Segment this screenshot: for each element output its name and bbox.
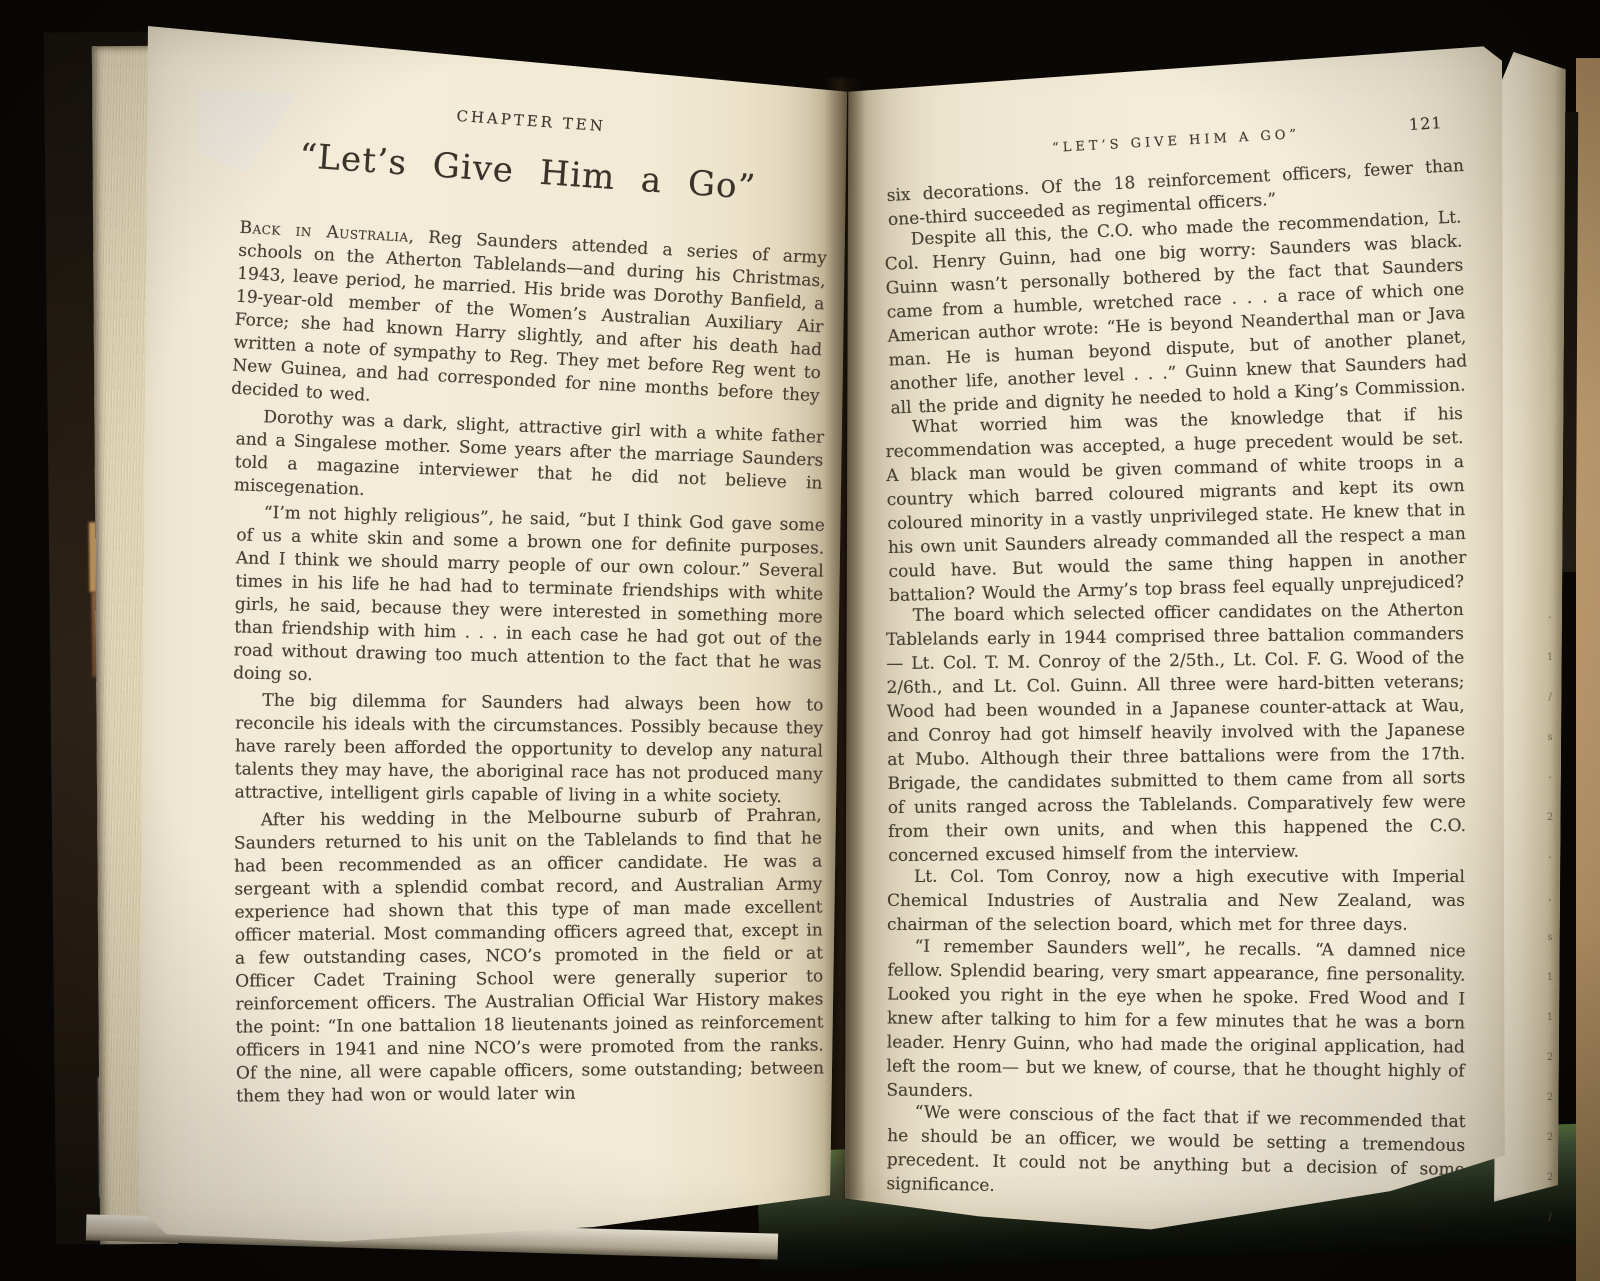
running-header: “LET’S GIVE HIM A GO” [1052,127,1301,156]
paragraph: The board which selected officer candida… [886,598,1467,868]
paragraph: Despite all this, the C.O. who made the … [883,205,1468,420]
paragraph: “I remember Saunders well”, he recalls. … [886,934,1465,1107]
left-page-text: CHAPTER TEN “Let’s Give Him a Go” Back i… [235,112,823,1106]
page-number: 121 [1408,113,1443,134]
paragraph: Lt. Col. Tom Conroy, now a high executiv… [887,865,1465,937]
paragraph: “I’m not highly religious”, he said, “bu… [233,501,825,698]
paragraph: After his wedding in the Melbourne subur… [234,804,825,1108]
paragraph-text: , Reg Saunders attended a series of army… [231,227,828,407]
jacket-flap-edge [1576,58,1600,1281]
paragraph: The big dilemma for Saunders had always … [235,689,824,809]
paragraph: Back in Australia, Reg Saunders attended… [231,217,828,432]
gutter-shadow [824,78,866,1200]
photo-page-edge-strip [1563,112,1578,572]
paragraph: “We were conscious of the fact that if w… [886,1100,1466,1206]
left-page: CHAPTER TEN “Let’s Give Him a Go” Back i… [138,26,850,1244]
book-photo: - 1 / s - 2 - , s 1 1 2 2 2 2 / CHAPTER … [0,0,1600,1281]
page-edge-text-fragments: - 1 / s - 2 - , s 1 1 2 2 2 2 / [1542,598,1558,1238]
right-page: “LET’S GIVE HIM A GO” 121 six decoration… [845,38,1510,1233]
paragraph: What worried him was the knowledge that … [885,402,1468,608]
right-page-text: “LET’S GIVE HIM A GO” 121 six decoration… [887,130,1465,1201]
chapter-head-block: CHAPTER TEN “Let’s Give Him a Go” [233,92,825,213]
